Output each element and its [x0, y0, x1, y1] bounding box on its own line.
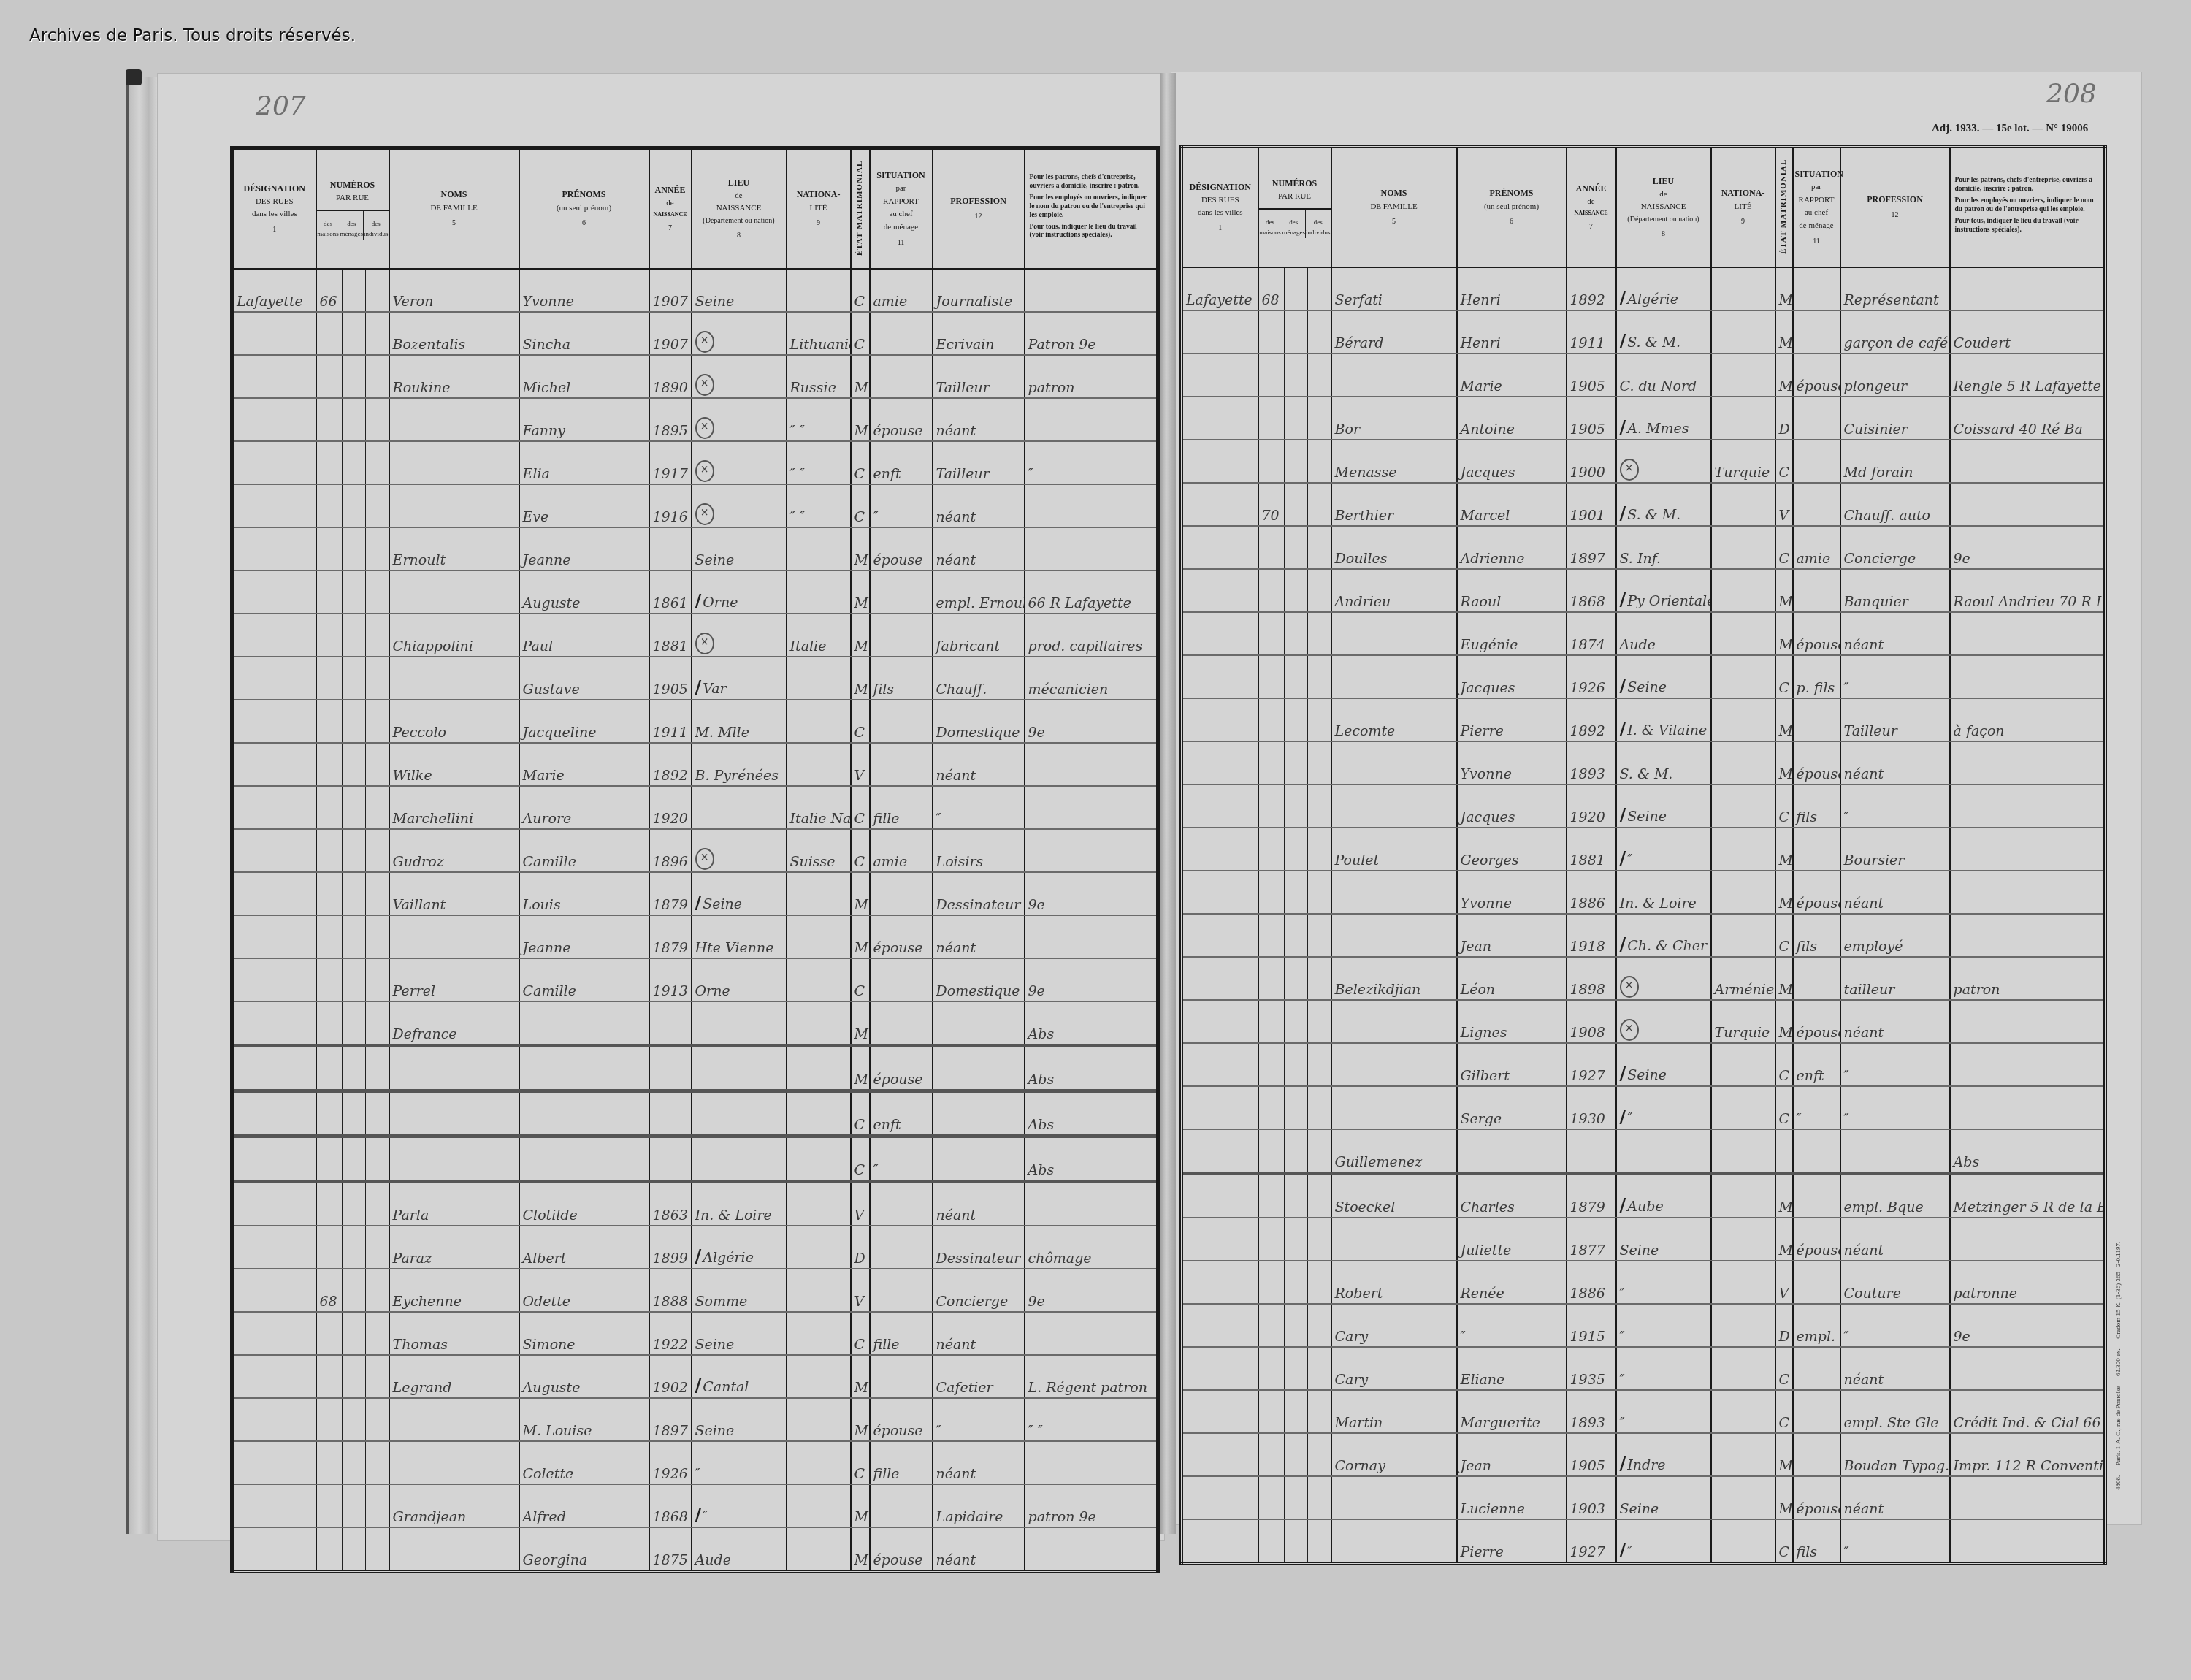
census-row: ThomasSimone1922SeineCfillenéant — [232, 1312, 1158, 1355]
street-cell — [232, 1527, 316, 1572]
household-relation-cell: fils — [870, 657, 933, 700]
nationality-cell — [787, 1484, 851, 1527]
surname-cell — [389, 1136, 519, 1181]
employer-workplace-cell: Abs — [1025, 1045, 1158, 1091]
household-number-cell — [1285, 354, 1308, 397]
surname-cell — [1331, 655, 1457, 698]
birth-year-cell — [649, 527, 692, 570]
employer-workplace-cell — [1025, 484, 1158, 527]
marital-status-cell: M — [1775, 1476, 1793, 1519]
household-number-cell — [343, 958, 366, 1001]
household-relation-cell — [1793, 483, 1840, 526]
profession-cell: Cafetier — [933, 1355, 1025, 1398]
birthplace-cell: Seine — [692, 1398, 787, 1441]
profession-cell: néant — [1840, 741, 1950, 784]
profession-cell: employé — [1840, 914, 1950, 957]
individual-number-cell — [1308, 354, 1331, 397]
street-cell — [1182, 440, 1258, 483]
first-name-cell: Marie — [519, 743, 649, 786]
house-number-cell — [316, 1181, 343, 1226]
individual-number-cell — [366, 829, 389, 872]
birthplace-cell: /Seine — [692, 872, 787, 915]
household-relation-cell — [1793, 1261, 1840, 1304]
household-relation-cell — [870, 743, 933, 786]
header-profession: PROFESSION12 — [933, 148, 1025, 269]
profession-cell: néant — [933, 1527, 1025, 1572]
individual-number-cell — [366, 1181, 389, 1226]
household-number-cell — [1285, 1086, 1308, 1129]
birthplace-cell: /″ — [1616, 1519, 1711, 1564]
nationality-cell: Russie — [787, 355, 851, 398]
nationality-cell — [787, 1091, 851, 1136]
street-cell — [1182, 1519, 1258, 1564]
marital-status-cell: D — [1775, 397, 1793, 440]
first-name-cell — [1457, 1129, 1567, 1174]
household-relation-cell — [1793, 397, 1840, 440]
census-row: Serge1930/″C″″ — [1182, 1086, 2106, 1129]
slash-mark-icon: / — [1620, 1453, 1626, 1474]
individual-number-cell — [1308, 741, 1331, 784]
surname-cell: Lecomte — [1331, 698, 1457, 741]
marital-status-cell: M — [851, 1045, 870, 1091]
birthplace-cell: × — [692, 398, 787, 441]
individual-number-cell — [366, 441, 389, 484]
household-relation-cell — [870, 1001, 933, 1046]
nationality-cell — [1711, 1043, 1775, 1086]
slash-mark-icon: / — [1620, 675, 1626, 696]
household-relation-cell: épouse — [1793, 354, 1840, 397]
employer-workplace-cell: ″ ″ — [1025, 1398, 1158, 1441]
street-cell — [1182, 1218, 1258, 1261]
header-annee: ANNÉEdeNAISSANCE7 — [1567, 147, 1616, 267]
surname-cell — [1331, 1476, 1457, 1519]
first-name-cell — [519, 1045, 649, 1091]
household-relation-cell: ″ — [1793, 1086, 1840, 1129]
form-reference: Adj. 1933. — 15e lot. — N° 19006 — [1932, 123, 2088, 135]
individual-number-cell — [1308, 1218, 1331, 1261]
nationality-cell — [787, 657, 851, 700]
birth-year-cell: 1897 — [1567, 526, 1616, 569]
employer-workplace-cell: 9e — [1950, 1304, 2106, 1347]
house-number-cell — [316, 700, 343, 743]
nationality-cell — [1711, 698, 1775, 741]
first-name-cell: Elia — [519, 441, 649, 484]
first-name-cell: Léon — [1457, 957, 1567, 1000]
birth-year-cell: 1917 — [649, 441, 692, 484]
house-number-cell — [316, 398, 343, 441]
birthplace-cell: ″ — [1616, 1261, 1711, 1304]
individual-number-cell — [366, 700, 389, 743]
individual-number-cell — [366, 484, 389, 527]
household-number-cell — [343, 1484, 366, 1527]
slash-mark-icon: / — [1620, 1063, 1626, 1084]
slash-mark-icon: / — [695, 1375, 702, 1396]
census-row: GrandjeanAlfred1868/″MLapidairepatron 9e — [232, 1484, 1158, 1527]
street-cell — [1182, 871, 1258, 914]
birthplace-cell: B. Pyrénées — [692, 743, 787, 786]
birthplace-cell: × — [1616, 957, 1711, 1000]
household-relation-cell — [870, 1269, 933, 1312]
nationality-cell — [1711, 483, 1775, 526]
house-number-cell — [316, 1136, 343, 1181]
household-relation-cell: épouse — [870, 527, 933, 570]
birthplace-cell: Seine — [692, 269, 787, 312]
street-cell — [1182, 1043, 1258, 1086]
header-designation: DÉSIGNATIONDES RUESdans les villes1 — [232, 148, 316, 269]
individual-number-cell — [1308, 1519, 1331, 1564]
house-number-cell — [316, 1441, 343, 1484]
birthplace-cell — [692, 1136, 787, 1181]
street-cell — [232, 570, 316, 614]
first-name-cell: Antoine — [1457, 397, 1567, 440]
street-cell — [1182, 1129, 1258, 1174]
marital-status-cell: M — [851, 1355, 870, 1398]
profession-cell: empl. Ernoult — [933, 570, 1025, 614]
household-number-cell — [343, 441, 366, 484]
household-number-cell — [1285, 483, 1308, 526]
street-cell — [1182, 310, 1258, 354]
marital-status-cell: V — [851, 1181, 870, 1226]
house-number-cell — [316, 786, 343, 829]
household-relation-cell: épouse — [1793, 1218, 1840, 1261]
house-number-cell — [1258, 741, 1285, 784]
household-relation-cell — [870, 1181, 933, 1226]
slash-mark-icon: / — [695, 1245, 702, 1267]
census-row: Elia1917×″ ″CenftTailleur″ — [232, 441, 1158, 484]
house-number-cell — [1258, 440, 1285, 483]
household-number-cell — [343, 743, 366, 786]
house-number-cell — [1258, 1304, 1285, 1347]
census-table-left: DÉSIGNATIONDES RUESdans les villes1 NUMÉ… — [230, 146, 1160, 1573]
street-cell — [1182, 1261, 1258, 1304]
birth-year-cell: 1898 — [1567, 957, 1616, 1000]
slash-mark-icon: / — [1620, 1106, 1626, 1127]
house-number-cell: 66 — [316, 269, 343, 312]
birthplace-cell: /Seine — [1616, 655, 1711, 698]
census-row: BelezikdjianLéon1898×ArménienMtailleurpa… — [1182, 957, 2106, 1000]
first-name-cell: Paul — [519, 614, 649, 657]
nationality-cell — [1711, 1218, 1775, 1261]
birth-year-cell: 1896 — [649, 829, 692, 872]
birthplace-cell: Orne — [692, 958, 787, 1001]
employer-workplace-cell: Coudert — [1950, 310, 2106, 354]
street-cell — [232, 312, 316, 355]
house-number-cell — [1258, 1519, 1285, 1564]
nationality-cell — [787, 1269, 851, 1312]
individual-number-cell — [366, 398, 389, 441]
individual-number-cell — [366, 269, 389, 312]
foreign-born-mark-icon: × — [695, 374, 714, 396]
slash-mark-icon: / — [1620, 416, 1626, 438]
house-number-cell — [316, 657, 343, 700]
birthplace-cell: /Seine — [1616, 1043, 1711, 1086]
surname-cell: Robert — [1331, 1261, 1457, 1304]
birth-year-cell: 1922 — [649, 1312, 692, 1355]
census-row: ParazAlbert1899/AlgérieDDessinateurchôma… — [232, 1226, 1158, 1269]
employer-workplace-cell: 9e — [1025, 958, 1158, 1001]
marital-status-cell: C — [851, 829, 870, 872]
individual-number-cell — [1308, 483, 1331, 526]
birthplace-cell: × — [692, 355, 787, 398]
birthplace-cell: Seine — [1616, 1476, 1711, 1519]
employer-workplace-cell: Abs — [1025, 1136, 1158, 1181]
employer-workplace-cell: prod. capillaires — [1025, 614, 1158, 657]
employer-workplace-cell — [1025, 915, 1158, 958]
profession-cell: néant — [933, 743, 1025, 786]
surname-cell: Poulet — [1331, 828, 1457, 871]
employer-workplace-cell — [1025, 1312, 1158, 1355]
house-number-cell — [1258, 698, 1285, 741]
birth-year-cell: 1913 — [649, 958, 692, 1001]
household-relation-cell — [870, 872, 933, 915]
marital-status-cell: C — [1775, 1043, 1793, 1086]
first-name-cell: Auguste — [519, 570, 649, 614]
nationality-cell — [1711, 655, 1775, 698]
header-noms: NOMSDE FAMILLE5 — [389, 148, 519, 269]
household-number-cell — [1285, 828, 1308, 871]
birth-year-cell — [649, 1091, 692, 1136]
household-number-cell — [1285, 1218, 1308, 1261]
nationality-cell — [787, 872, 851, 915]
individual-number-cell — [1308, 612, 1331, 655]
household-number-cell — [343, 1091, 366, 1136]
birthplace-cell: Seine — [692, 527, 787, 570]
household-number-cell — [343, 872, 366, 915]
street-cell — [1182, 1390, 1258, 1433]
first-name-cell: Eliane — [1457, 1347, 1567, 1390]
surname-cell: Belezikdjian — [1331, 957, 1457, 1000]
house-number-cell — [316, 1312, 343, 1355]
first-name-cell: Renée — [1457, 1261, 1567, 1304]
nationality-cell: Lithuanie — [787, 312, 851, 355]
surname-cell — [389, 398, 519, 441]
birth-year-cell: 1897 — [649, 1398, 692, 1441]
first-name-cell: Lignes — [1457, 1000, 1567, 1043]
employer-workplace-cell: Abs — [1950, 1129, 2106, 1174]
profession-cell: garçon de café — [1840, 310, 1950, 354]
street-cell — [232, 441, 316, 484]
employer-workplace-cell: mécanicien — [1025, 657, 1158, 700]
profession-cell: Dessinateur — [933, 1226, 1025, 1269]
household-number-cell — [343, 1001, 366, 1046]
individual-number-cell — [366, 1312, 389, 1355]
birth-year-cell: 1905 — [1567, 397, 1616, 440]
employer-workplace-cell: chômage — [1025, 1226, 1158, 1269]
birth-year-cell: 1875 — [649, 1527, 692, 1572]
employer-workplace-cell — [1950, 655, 2106, 698]
profession-cell: Boursier — [1840, 828, 1950, 871]
header-situation: SITUATIONparRAPPORTau chefde ménage11 — [1793, 147, 1840, 267]
marital-status-cell: M — [851, 872, 870, 915]
profession-cell: Loisirs — [933, 829, 1025, 872]
profession-cell: Dessinateur — [933, 872, 1025, 915]
individual-number-cell — [1308, 1173, 1331, 1218]
first-name-cell: Adrienne — [1457, 526, 1567, 569]
birth-year-cell: 1903 — [1567, 1476, 1616, 1519]
household-relation-cell: ″ — [870, 1136, 933, 1181]
profession-cell: néant — [933, 1181, 1025, 1226]
first-name-cell: Georges — [1457, 828, 1567, 871]
printer-imprint: 4808. — Paris. I. A. C., rue de Pontoise… — [2114, 1242, 2122, 1490]
household-relation-cell: fille — [870, 786, 933, 829]
house-number-cell — [1258, 397, 1285, 440]
street-cell — [232, 1001, 316, 1046]
street-cell — [1182, 914, 1258, 957]
surname-cell — [389, 1045, 519, 1091]
profession-cell: Tailleur — [933, 441, 1025, 484]
household-relation-cell: enft — [1793, 1043, 1840, 1086]
birth-year-cell: 1892 — [649, 743, 692, 786]
individual-number-cell — [1308, 1261, 1331, 1304]
census-row: Yvonne1886In. & LoireMépousenéant — [1182, 871, 2106, 914]
household-relation-cell: amie — [1793, 526, 1840, 569]
first-name-cell: Camille — [519, 829, 649, 872]
household-number-cell — [343, 1226, 366, 1269]
profession-cell: ″ — [933, 1398, 1025, 1441]
birthplace-cell: Aude — [1616, 612, 1711, 655]
census-row: CornayJean1905/IndreMBoudan Typog.Impr. … — [1182, 1433, 2106, 1476]
nationality-cell — [787, 700, 851, 743]
marital-status-cell: C — [851, 312, 870, 355]
census-row: VaillantLouis1879/SeineMDessinateur9e — [232, 872, 1158, 915]
surname-cell — [1331, 871, 1457, 914]
birthplace-cell — [692, 1001, 787, 1046]
first-name-cell: Juliette — [1457, 1218, 1567, 1261]
birthplace-cell: In. & Loire — [1616, 871, 1711, 914]
birthplace-cell: S. & M. — [1616, 741, 1711, 784]
street-cell — [1182, 1000, 1258, 1043]
census-row: Jeanne1879Hte VienneMépousenéant — [232, 915, 1158, 958]
marital-status-cell: M — [1775, 698, 1793, 741]
marital-status-cell: C — [851, 1312, 870, 1355]
birthplace-cell: × — [1616, 1000, 1711, 1043]
profession-cell: néant — [933, 398, 1025, 441]
nationality-cell: ″ ″ — [787, 441, 851, 484]
household-number-cell — [1285, 957, 1308, 1000]
profession-cell: ″ — [1840, 655, 1950, 698]
birthplace-cell: /Seine — [1616, 784, 1711, 828]
individual-number-cell — [1308, 1043, 1331, 1086]
birth-year-cell: 1935 — [1567, 1347, 1616, 1390]
nationality-cell — [1711, 1173, 1775, 1218]
household-number-cell — [1285, 871, 1308, 914]
marital-status-cell: C — [851, 269, 870, 312]
individual-number-cell — [366, 1269, 389, 1312]
surname-cell — [389, 570, 519, 614]
census-row: DoullesAdrienne1897S. Inf.CamieConcierge… — [1182, 526, 2106, 569]
header-prenoms: PRÉNOMS(un seul prénom)6 — [519, 148, 649, 269]
street-cell — [232, 1269, 316, 1312]
first-name-cell: Yvonne — [519, 269, 649, 312]
marital-status-cell: M — [851, 1398, 870, 1441]
nationality-cell: Arménien — [1711, 957, 1775, 1000]
household-number-cell — [1285, 1347, 1308, 1390]
marital-status-cell: M — [1775, 871, 1793, 914]
household-number-cell — [343, 527, 366, 570]
street-cell — [1182, 698, 1258, 741]
household-relation-cell — [870, 570, 933, 614]
surname-cell: Peccolo — [389, 700, 519, 743]
marital-status-cell: C — [1775, 526, 1793, 569]
first-name-cell: Pierre — [1457, 1519, 1567, 1564]
surname-cell — [389, 441, 519, 484]
foreign-born-mark-icon: × — [1620, 1019, 1639, 1041]
individual-number-cell — [1308, 1433, 1331, 1476]
right-folio-number: 208 — [2046, 79, 2097, 109]
surname-cell — [1331, 1218, 1457, 1261]
household-relation-cell — [1793, 1129, 1840, 1174]
marital-status-cell: C — [1775, 1086, 1793, 1129]
employer-workplace-cell — [1025, 743, 1158, 786]
household-relation-cell — [1793, 1347, 1840, 1390]
census-row: 68EychenneOdette1888SommeVConcierge9e — [232, 1269, 1158, 1312]
street-cell — [1182, 354, 1258, 397]
birth-year-cell: 1907 — [649, 269, 692, 312]
surname-cell — [389, 1441, 519, 1484]
household-relation-cell: épouse — [1793, 871, 1840, 914]
birth-year-cell: 1886 — [1567, 1261, 1616, 1304]
nationality-cell — [787, 1181, 851, 1226]
surname-cell — [389, 1398, 519, 1441]
profession-cell: Domestique — [933, 958, 1025, 1001]
street-cell — [232, 1398, 316, 1441]
birth-year-cell: 1905 — [649, 657, 692, 700]
nationality-cell — [787, 1527, 851, 1572]
marital-status-cell: M — [1775, 741, 1793, 784]
nationality-cell — [787, 958, 851, 1001]
surname-cell: Cary — [1331, 1347, 1457, 1390]
header-instructions: Pour les patrons, chefs d'entreprise, ou… — [1950, 147, 2106, 267]
street-cell — [1182, 1173, 1258, 1218]
profession-cell: Journaliste — [933, 269, 1025, 312]
birthplace-cell: Hte Vienne — [692, 915, 787, 958]
household-relation-cell — [1793, 267, 1840, 310]
household-relation-cell: épouse — [870, 1527, 933, 1572]
first-name-cell: Jean — [1457, 1433, 1567, 1476]
profession-cell: néant — [933, 484, 1025, 527]
census-row: Eve1916×″ ″C″néant — [232, 484, 1158, 527]
house-number-cell — [1258, 1173, 1285, 1218]
household-number-cell — [1285, 655, 1308, 698]
street-cell — [232, 743, 316, 786]
surname-cell: Serfati — [1331, 267, 1457, 310]
individual-number-cell — [366, 570, 389, 614]
household-relation-cell: fille — [870, 1441, 933, 1484]
nationality-cell — [1711, 354, 1775, 397]
house-number-cell — [1258, 569, 1285, 612]
foreign-born-mark-icon: × — [695, 417, 714, 439]
profession-cell: Chauff. auto — [1840, 483, 1950, 526]
marital-status-cell: M — [851, 614, 870, 657]
census-row: Cary″1915″Dempl.″9e — [1182, 1304, 2106, 1347]
household-number-cell — [1285, 1390, 1308, 1433]
birth-year-cell: 1918 — [1567, 914, 1616, 957]
household-number-cell — [1285, 397, 1308, 440]
marital-status-cell: M — [1775, 1218, 1793, 1261]
surname-cell: Veron — [389, 269, 519, 312]
individual-number-cell — [366, 1527, 389, 1572]
house-number-cell — [1258, 1129, 1285, 1174]
individual-number-cell — [366, 1001, 389, 1046]
street-cell — [1182, 1086, 1258, 1129]
nationality-cell — [1711, 741, 1775, 784]
surname-cell: Guillemenez — [1331, 1129, 1457, 1174]
individual-number-cell — [366, 614, 389, 657]
individual-number-cell — [1308, 1347, 1331, 1390]
household-relation-cell: empl. — [1793, 1304, 1840, 1347]
household-number-cell — [343, 614, 366, 657]
individual-number-cell — [1308, 1476, 1331, 1519]
